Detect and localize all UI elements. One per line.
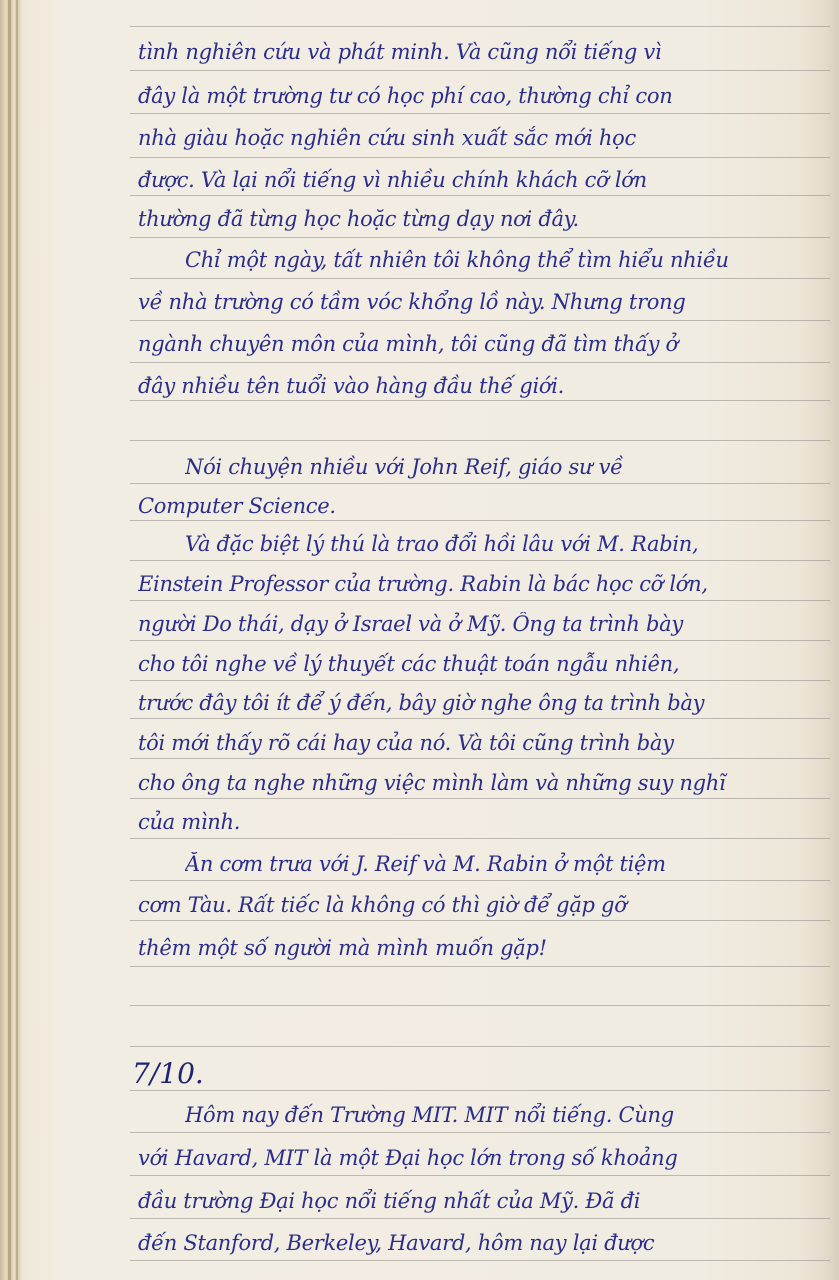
ruled-line xyxy=(130,1046,830,1047)
handwritten-line: nhà giàu hoặc nghiên cứu sinh xuất sắc m… xyxy=(138,126,828,150)
ruled-line xyxy=(130,440,830,441)
handwritten-line: người Do thái, dạy ở Israel và ở Mỹ. Ông… xyxy=(138,612,828,636)
ruled-line xyxy=(130,758,830,759)
entry-date: 7/10. xyxy=(132,1057,204,1090)
ruled-line xyxy=(130,798,830,799)
ruled-line xyxy=(130,1218,830,1219)
handwritten-line: Hôm nay đến Trường MIT. MIT nổi tiếng. C… xyxy=(185,1103,839,1127)
ruled-line xyxy=(130,920,830,921)
ruled-line xyxy=(130,640,830,641)
handwritten-line: trước đây tôi ít để ý đến, bây giờ nghe … xyxy=(138,691,828,715)
ruled-line xyxy=(130,1260,830,1261)
ruled-line xyxy=(130,560,830,561)
ruled-line xyxy=(130,718,830,719)
handwritten-line: tôi mới thấy rõ cái hay của nó. Và tôi c… xyxy=(138,731,828,755)
ruled-line xyxy=(130,600,830,601)
handwritten-line: tình nghiên cứu và phát minh. Và cũng nổ… xyxy=(138,40,828,64)
handwritten-line: của mình. xyxy=(138,810,828,834)
ruled-line xyxy=(130,113,830,114)
handwritten-line: thường đã từng học hoặc từng dạy nơi đây… xyxy=(138,207,828,231)
notebook-spine-edge xyxy=(16,0,18,1280)
ruled-line xyxy=(130,1090,830,1091)
handwritten-line: đầu trường Đại học nổi tiếng nhất của Mỹ… xyxy=(138,1189,828,1213)
ruled-line xyxy=(130,400,830,401)
ruled-line xyxy=(130,1005,830,1006)
handwritten-line: Và đặc biệt lý thú là trao đổi hồi lâu v… xyxy=(185,532,839,556)
ruled-line xyxy=(130,320,830,321)
handwritten-line: về nhà trường có tầm vóc khổng lồ này. N… xyxy=(138,290,828,314)
ruled-line xyxy=(130,680,830,681)
handwritten-line: với Havard, MIT là một Đại học lớn trong… xyxy=(138,1146,828,1170)
handwritten-line: Ăn cơm trưa với J. Reif và M. Rabin ở mộ… xyxy=(185,852,839,876)
handwritten-line: đây là một trường tư có học phí cao, thư… xyxy=(138,84,828,108)
ruled-line xyxy=(130,483,830,484)
ruled-line xyxy=(130,1175,830,1176)
handwritten-line: ngành chuyên môn của mình, tôi cũng đã t… xyxy=(138,332,828,356)
handwritten-line: cho ông ta nghe những việc mình làm và n… xyxy=(138,771,828,795)
notebook-page: tình nghiên cứu và phát minh. Và cũng nổ… xyxy=(0,0,839,1280)
handwritten-line: Chỉ một ngày, tất nhiên tôi không thể tì… xyxy=(185,248,839,272)
ruled-line xyxy=(130,880,830,881)
ruled-line xyxy=(130,70,830,71)
ruled-line xyxy=(130,26,830,27)
notebook-spine-edge xyxy=(8,0,11,1280)
ruled-line xyxy=(130,278,830,279)
handwritten-line: đến Stanford, Berkeley, Havard, hôm nay … xyxy=(138,1231,828,1255)
ruled-line xyxy=(130,362,830,363)
handwritten-line: Einstein Professor của trường. Rabin là … xyxy=(138,572,828,596)
handwritten-line: Nói chuyện nhiều với John Reif, giáo sư … xyxy=(185,455,839,479)
handwritten-line: cơm Tàu. Rất tiếc là không có thì giờ để… xyxy=(138,893,828,917)
handwritten-line: được. Và lại nổi tiếng vì nhiều chính kh… xyxy=(138,168,828,192)
ruled-line xyxy=(130,237,830,238)
handwritten-line: Computer Science. xyxy=(138,494,828,518)
handwritten-line: cho tôi nghe về lý thuyết các thuật toán… xyxy=(138,652,828,676)
handwritten-line: thêm một số người mà mình muốn gặp! xyxy=(138,936,828,960)
ruled-line xyxy=(130,520,830,521)
ruled-line xyxy=(130,195,830,196)
ruled-line xyxy=(130,1132,830,1133)
ruled-line xyxy=(130,838,830,839)
handwritten-line: đây nhiều tên tuổi vào hàng đầu thế giới… xyxy=(138,374,828,398)
ruled-line xyxy=(130,966,830,967)
ruled-line xyxy=(130,157,830,158)
